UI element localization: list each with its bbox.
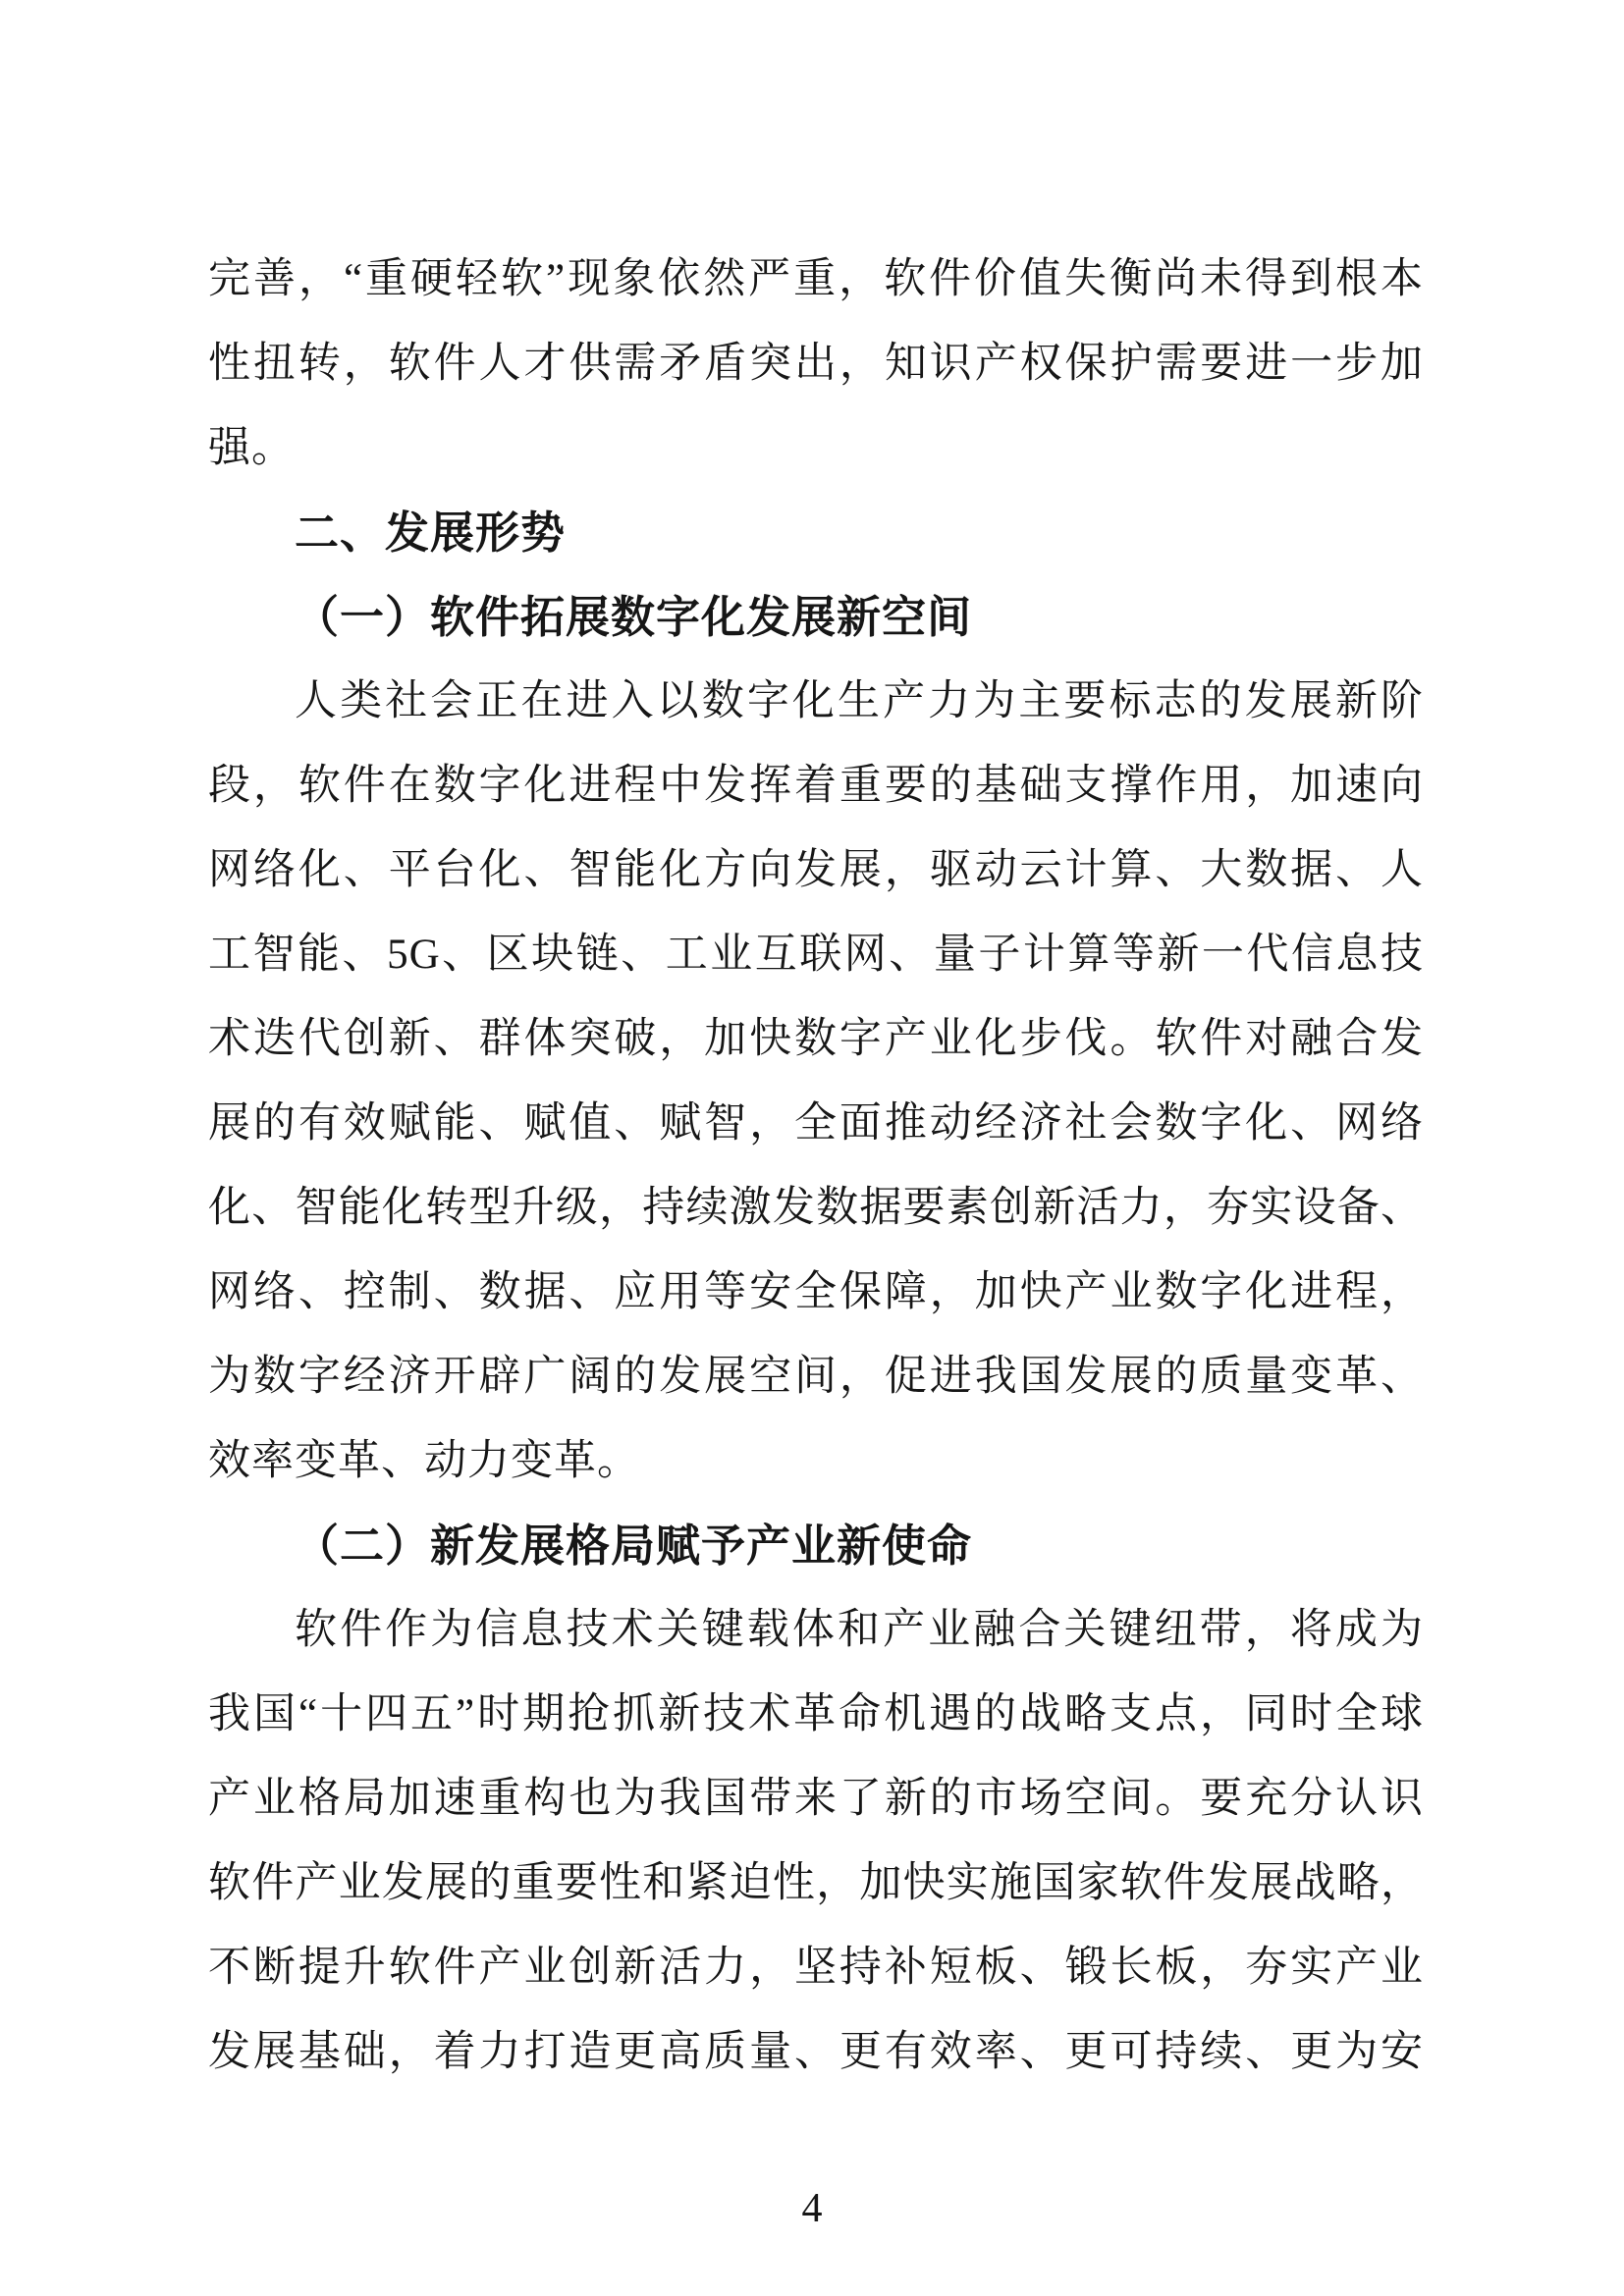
body-text-line: 软件产业发展的重要性和紧迫性，加快实施国家软件发展战略，: [208, 1842, 1424, 1926]
body-text-line: 术迭代创新、群体突破，加快数字产业化步伐。软件对融合发: [208, 997, 1424, 1082]
body-text-line: 完善，“重硬轻软”现象依然严重，软件价值失衡尚未得到根本: [208, 238, 1424, 322]
body-text-line: 不断提升软件产业创新活力，坚持补短板、锻长板，夯实产业: [208, 1926, 1424, 2010]
body-text-line: 软件作为信息技术关键载体和产业融合关键纽带，将成为: [208, 1588, 1424, 1673]
subsection-heading: （二）新发展格局赋予产业新使命: [208, 1504, 1424, 1588]
paragraph: 软件作为信息技术关键载体和产业融合关键纽带，将成为我国“十四五”时期抢抓新技术革…: [208, 1588, 1424, 2095]
document-text-body: 完善，“重硬轻软”现象依然严重，软件价值失衡尚未得到根本性扭转，软件人才供需矛盾…: [208, 238, 1424, 2095]
body-text-line: 展的有效赋能、赋值、赋智，全面推动经济社会数字化、网络: [208, 1082, 1424, 1166]
body-text-line: 发展基础，着力打造更高质量、更有效率、更可持续、更为安: [208, 2010, 1424, 2095]
heading-text: （二）新发展格局赋予产业新使命: [208, 1504, 1424, 1588]
heading-text: 二、发展形势: [208, 491, 1424, 575]
body-text-line: 化、智能化转型升级，持续激发数据要素创新活力，夯实设备、: [208, 1166, 1424, 1251]
paragraph: 人类社会正在进入以数字化生产力为主要标志的发展新阶段，软件在数字化进程中发挥着重…: [208, 660, 1424, 1504]
body-text-line: 产业格局加速重构也为我国带来了新的市场空间。要充分认识: [208, 1757, 1424, 1842]
body-text-line: 强。: [208, 406, 1424, 491]
body-text-line: 网络、控制、数据、应用等安全保障，加快产业数字化进程，: [208, 1251, 1424, 1335]
section-heading: 二、发展形势: [208, 491, 1424, 575]
body-text-line: 效率变革、动力变革。: [208, 1419, 1424, 1504]
body-text-line: 人类社会正在进入以数字化生产力为主要标志的发展新阶: [208, 660, 1424, 744]
body-text-line: 工智能、5G、区块链、工业互联网、量子计算等新一代信息技: [208, 913, 1424, 997]
body-text-line: 为数字经济开辟广阔的发展空间，促进我国发展的质量变革、: [208, 1335, 1424, 1419]
heading-text: （一）软件拓展数字化发展新空间: [208, 575, 1424, 660]
paragraph: 完善，“重硬轻软”现象依然严重，软件价值失衡尚未得到根本性扭转，软件人才供需矛盾…: [208, 238, 1424, 491]
document-page: 完善，“重硬轻软”现象依然严重，软件价值失衡尚未得到根本性扭转，软件人才供需矛盾…: [0, 0, 1624, 2296]
body-text-line: 我国“十四五”时期抢抓新技术革命机遇的战略支点，同时全球: [208, 1673, 1424, 1757]
page-number: 4: [802, 2186, 823, 2231]
subsection-heading: （一）软件拓展数字化发展新空间: [208, 575, 1424, 660]
body-text-line: 网络化、平台化、智能化方向发展，驱动云计算、大数据、人: [208, 828, 1424, 913]
page-footer: 4: [0, 2166, 1624, 2251]
body-text-line: 性扭转，软件人才供需矛盾突出，知识产权保护需要进一步加: [208, 322, 1424, 406]
body-text-line: 段，软件在数字化进程中发挥着重要的基础支撑作用，加速向: [208, 744, 1424, 828]
